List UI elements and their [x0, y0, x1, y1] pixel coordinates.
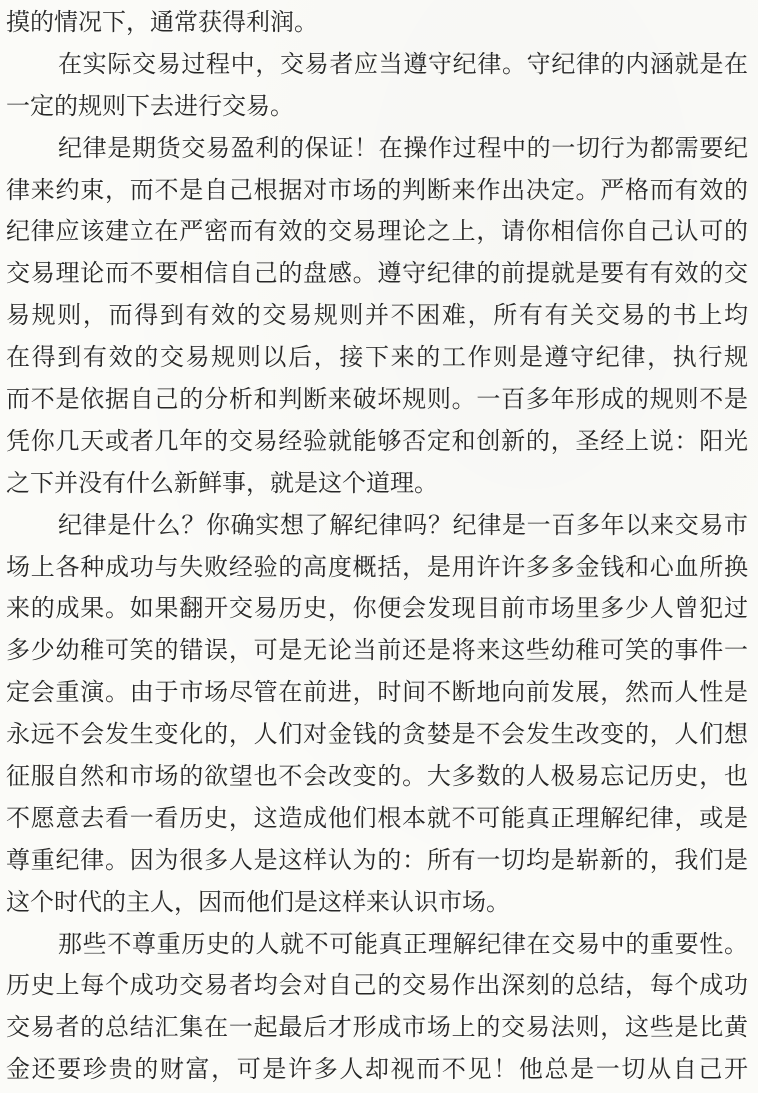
text-line: 尊重纪律。因为很多人是这样认为的：所有一切均是崭新的，我们是	[6, 840, 748, 882]
text-line: 金还要珍贵的财富，可是许多人却视而不见！他总是一切从自己开始，	[6, 1049, 748, 1091]
document-text-block: 摸的情况下，通常获得利润。 在实际交易过程中，交易者应当遵守纪律。守纪律的内涵就…	[6, 2, 748, 1091]
text-line: 纪律是期货交易盈利的保证！在操作过程中的一切行为都需要纪	[6, 128, 748, 170]
text-line: 在实际交易过程中，交易者应当遵守纪律。守纪律的内涵就是在	[6, 44, 748, 86]
scanned-book-page: 摸的情况下，通常获得利润。 在实际交易过程中，交易者应当遵守纪律。守纪律的内涵就…	[0, 0, 758, 1093]
text-line: 摸的情况下，通常获得利润。	[6, 2, 748, 44]
text-line: 而不是依据自己的分析和判断来破坏规则。一百多年形成的规则不是	[6, 379, 748, 421]
text-line: 交易理论而不要相信自己的盘感。遵守纪律的前提就是要有有效的交	[6, 253, 748, 295]
text-line: 一定的规则下去进行交易。	[6, 86, 748, 128]
text-line: 不愿意去看一看历史，这造成他们根本就不可能真正理解纪律，或是	[6, 798, 748, 840]
text-line: 纪律是什么？你确实想了解纪律吗？纪律是一百多年以来交易市	[6, 505, 748, 547]
text-line: 多少幼稚可笑的错误，可是无论当前还是将来这些幼稚可笑的事件一	[6, 630, 748, 672]
text-line: 律来约束，而不是自己根据对市场的判断来作出决定。严格而有效的	[6, 170, 748, 212]
text-line: 这个时代的主人，因而他们是这样来认识市场。	[6, 882, 748, 924]
text-line: 在得到有效的交易规则以后，接下来的工作则是遵守纪律，执行规则，	[6, 337, 748, 379]
text-line: 历史上每个成功交易者均会对自己的交易作出深刻的总结，每个成功	[6, 965, 748, 1007]
text-line: 定会重演。由于市场尽管在前进，时间不断地向前发展，然而人性是	[6, 672, 748, 714]
text-line: 易规则，而得到有效的交易规则并不困难，所有有关交易的书上均有，	[6, 295, 748, 337]
text-line: 来的成果。如果翻开交易历史，你便会发现目前市场里多少人曾犯过	[6, 588, 748, 630]
text-line: 征服自然和市场的欲望也不会改变的。大多数的人极易忘记历史，也	[6, 756, 748, 798]
text-line: 之下并没有什么新鲜事，就是这个道理。	[6, 463, 748, 505]
text-line: 交易者的总结汇集在一起最后才形成市场上的交易法则，这些是比黄	[6, 1007, 748, 1049]
text-line: 凭你几天或者几年的交易经验就能够否定和创新的，圣经上说：阳光	[6, 421, 748, 463]
text-line: 那些不尊重历史的人就不可能真正理解纪律在交易中的重要性。	[6, 924, 748, 966]
text-line: 纪律应该建立在严密而有效的交易理论之上，请你相信你自己认可的	[6, 211, 748, 253]
text-line: 场上各种成功与失败经验的高度概括，是用许许多多金钱和心血所换	[6, 547, 748, 589]
text-line: 永远不会发生变化的，人们对金钱的贪婪是不会发生改变的，人们想	[6, 714, 748, 756]
